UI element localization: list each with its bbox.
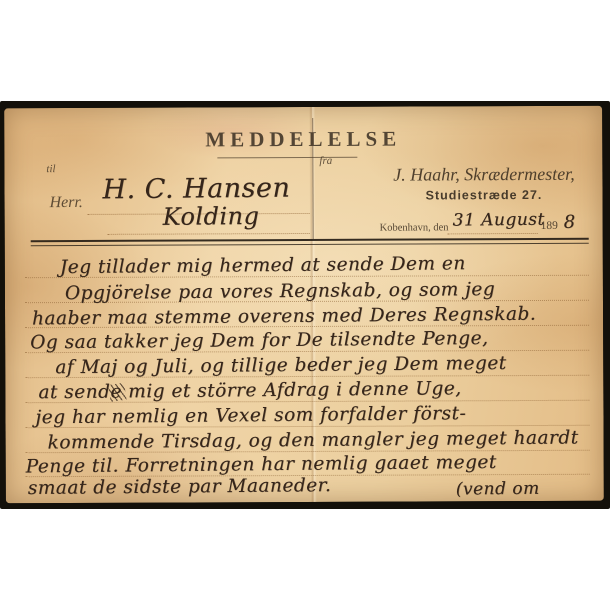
letter-line: at sende mig et större Afdrag i denne Ug…	[38, 378, 461, 403]
letter-line: Og saa takker jeg Dem for De tilsendte P…	[30, 328, 488, 353]
recipient-prefix: Herr.	[50, 194, 83, 212]
letter-line: Jeg tillader mig hermed at sende Dem en	[60, 253, 466, 278]
title-underline	[217, 157, 357, 159]
date-dotted-line	[448, 233, 538, 234]
recipient-name-handwritten: H. C. Hansen	[102, 173, 290, 206]
recipient-city-handwritten: Kolding	[162, 202, 259, 231]
city-dotted-line	[108, 233, 310, 235]
turn-over-note: (vend om	[456, 479, 540, 500]
document-photo: MEDDELELSE til fra Herr. H. C. Hansen Ko…	[0, 101, 610, 509]
year-printed: 189	[541, 220, 558, 232]
letter-line: smaat de sidste par Maaneder.	[28, 475, 332, 499]
header-rule	[31, 238, 589, 246]
crossed-out-word	[108, 383, 126, 402]
to-label: til	[46, 163, 55, 175]
form-title: MEDDELELSE	[4, 126, 602, 154]
from-label: fra	[319, 155, 332, 167]
date-place-printed: Kobenhavn, den	[380, 222, 449, 233]
sender-block: J. Haahr, Skrædermester, Studiestræde 27…	[376, 164, 591, 203]
letter-line: jeg har nemlig en Vexel som forfalder fö…	[35, 403, 466, 428]
sender-address: Studiestræde 27.	[376, 188, 591, 203]
sender-name: J. Haahr, Skrædermester,	[376, 164, 591, 186]
letter-line: Opgjörelse paa vores Regnskab, og som je…	[65, 279, 495, 304]
year-digit-handwritten: 8	[564, 212, 576, 233]
letter-line: af Maj og Juli, og tillige beder jeg Dem…	[55, 353, 507, 378]
letter-paper: MEDDELELSE til fra Herr. H. C. Hansen Ko…	[4, 106, 604, 504]
date-handwritten: 31 August	[453, 210, 545, 231]
